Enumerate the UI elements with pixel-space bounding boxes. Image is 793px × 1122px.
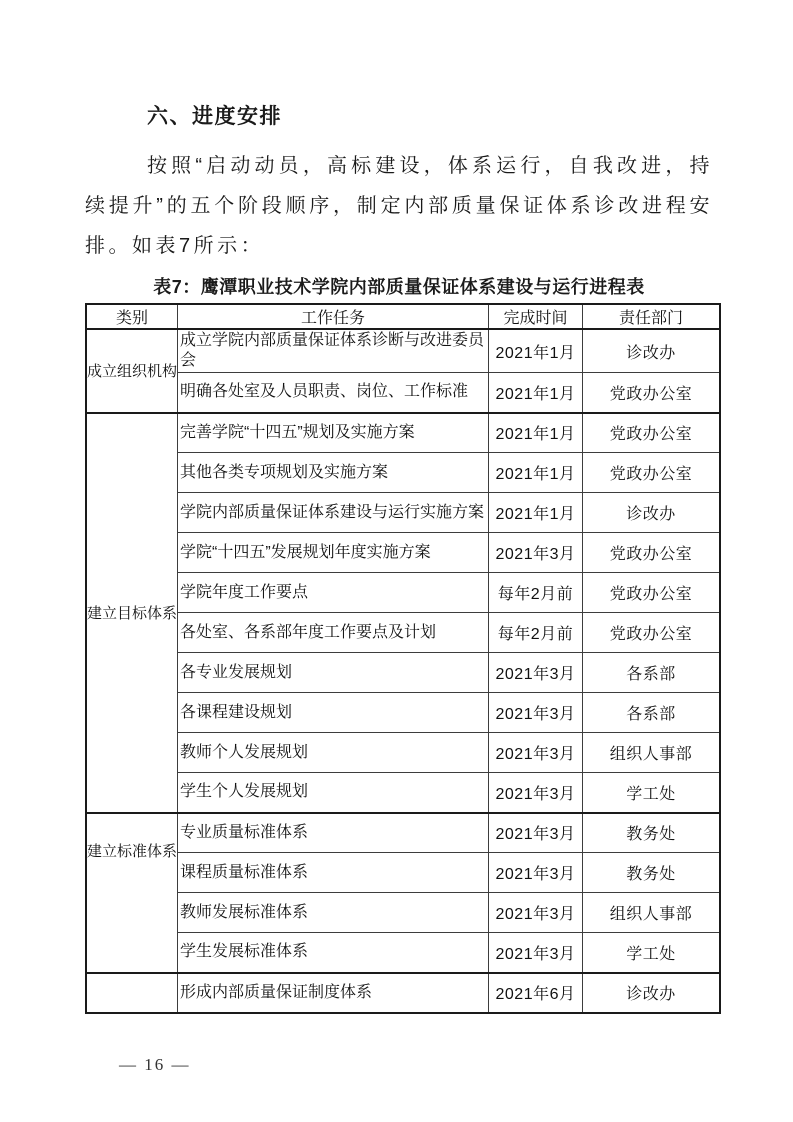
category-cell: 成立组织机构 [86, 329, 178, 413]
time-cell: 2021年1月 [489, 373, 583, 413]
time-cell: 2021年3月 [489, 893, 583, 933]
dept-cell: 党政办公室 [583, 453, 721, 493]
dept-cell: 教务处 [583, 813, 721, 853]
dept-cell: 党政办公室 [583, 573, 721, 613]
table-row: 学院年度工作要点每年2月前党政办公室 [86, 573, 720, 613]
dept-cell: 组织人事部 [583, 733, 721, 773]
page-number: — 16 — [119, 1055, 191, 1075]
schedule-table: 类别 工作任务 完成时间 责任部门 成立组织机构成立学院内部质量保证体系诊断与改… [85, 303, 721, 1014]
time-cell: 2021年3月 [489, 653, 583, 693]
dept-cell: 诊改办 [583, 973, 721, 1013]
table-row: 各处室、各系部年度工作要点及计划每年2月前党政办公室 [86, 613, 720, 653]
category-cell [86, 973, 178, 1013]
table-caption: 表7：鹰潭职业技术学院内部质量保证体系建设与运行进程表 [85, 273, 713, 299]
header-time: 完成时间 [489, 304, 583, 329]
task-cell: 其他各类专项规划及实施方案 [178, 453, 489, 493]
task-cell: 学院内部质量保证体系建设与运行实施方案 [178, 493, 489, 533]
time-cell: 2021年3月 [489, 813, 583, 853]
dept-cell: 党政办公室 [583, 373, 721, 413]
task-cell: 形成内部质量保证制度体系 [178, 973, 489, 1013]
table-row: 形成内部质量保证制度体系2021年6月诊改办 [86, 973, 720, 1013]
table-row: 建立标准体系专业质量标准体系2021年3月教务处 [86, 813, 720, 853]
dept-cell: 各系部 [583, 653, 721, 693]
task-cell: 完善学院“十四五”规划及实施方案 [178, 413, 489, 453]
dept-cell: 党政办公室 [583, 533, 721, 573]
dept-cell: 诊改办 [583, 329, 721, 373]
dept-cell: 教务处 [583, 853, 721, 893]
section-heading: 六、进度安排 [147, 103, 714, 131]
task-cell: 学院“十四五”发展规划年度实施方案 [178, 533, 489, 573]
table-row: 各专业发展规划2021年3月各系部 [86, 653, 720, 693]
time-cell: 2021年6月 [489, 973, 583, 1013]
table-row: 其他各类专项规划及实施方案2021年1月党政办公室 [86, 453, 720, 493]
time-cell: 2021年3月 [489, 773, 583, 813]
document-page: 六、进度安排 按照“启动动员，高标建设，体系运行，自我改进，持续提升”的五个阶段… [0, 0, 793, 1122]
dept-cell: 诊改办 [583, 493, 721, 533]
table-row: 成立组织机构成立学院内部质量保证体系诊断与改进委员会2021年1月诊改办 [86, 329, 720, 373]
body-paragraph: 按照“启动动员，高标建设，体系运行，自我改进，持续提升”的五个阶段顺序，制定内部… [85, 146, 713, 266]
time-cell: 每年2月前 [489, 613, 583, 653]
table-body: 成立组织机构成立学院内部质量保证体系诊断与改进委员会2021年1月诊改办明确各处… [86, 329, 720, 1013]
task-cell: 成立学院内部质量保证体系诊断与改进委员会 [178, 329, 489, 373]
task-cell: 学生个人发展规划 [178, 773, 489, 813]
category-cell: 建立目标体系 [86, 413, 178, 813]
header-dept: 责任部门 [583, 304, 721, 329]
task-cell: 教师个人发展规划 [178, 733, 489, 773]
dept-cell: 学工处 [583, 773, 721, 813]
time-cell: 2021年1月 [489, 329, 583, 373]
dept-cell: 党政办公室 [583, 413, 721, 453]
task-cell: 专业质量标准体系 [178, 813, 489, 853]
table-row: 学生发展标准体系2021年3月学工处 [86, 933, 720, 973]
table-row: 明确各处室及人员职责、岗位、工作标准2021年1月党政办公室 [86, 373, 720, 413]
time-cell: 2021年1月 [489, 493, 583, 533]
table-row: 学院“十四五”发展规划年度实施方案2021年3月党政办公室 [86, 533, 720, 573]
dept-cell: 党政办公室 [583, 613, 721, 653]
table-header-row: 类别 工作任务 完成时间 责任部门 [86, 304, 720, 329]
table-row: 教师个人发展规划2021年3月组织人事部 [86, 733, 720, 773]
table-row: 各课程建设规划2021年3月各系部 [86, 693, 720, 733]
task-cell: 各专业发展规划 [178, 653, 489, 693]
dept-cell: 各系部 [583, 693, 721, 733]
table-row: 学院内部质量保证体系建设与运行实施方案2021年1月诊改办 [86, 493, 720, 533]
dept-cell: 学工处 [583, 933, 721, 973]
time-cell: 2021年3月 [489, 533, 583, 573]
table-row: 建立目标体系完善学院“十四五”规划及实施方案2021年1月党政办公室 [86, 413, 720, 453]
task-cell: 学院年度工作要点 [178, 573, 489, 613]
time-cell: 2021年1月 [489, 413, 583, 453]
header-task: 工作任务 [178, 304, 489, 329]
time-cell: 2021年1月 [489, 453, 583, 493]
task-cell: 学生发展标准体系 [178, 933, 489, 973]
task-cell: 各课程建设规划 [178, 693, 489, 733]
task-cell: 教师发展标准体系 [178, 893, 489, 933]
time-cell: 2021年3月 [489, 693, 583, 733]
category-cell: 建立标准体系 [86, 813, 178, 973]
table-row: 课程质量标准体系2021年3月教务处 [86, 853, 720, 893]
dept-cell: 组织人事部 [583, 893, 721, 933]
table-row: 学生个人发展规划2021年3月学工处 [86, 773, 720, 813]
time-cell: 2021年3月 [489, 933, 583, 973]
task-cell: 各处室、各系部年度工作要点及计划 [178, 613, 489, 653]
task-cell: 明确各处室及人员职责、岗位、工作标准 [178, 373, 489, 413]
task-cell: 课程质量标准体系 [178, 853, 489, 893]
time-cell: 每年2月前 [489, 573, 583, 613]
time-cell: 2021年3月 [489, 853, 583, 893]
time-cell: 2021年3月 [489, 733, 583, 773]
table-row: 教师发展标准体系2021年3月组织人事部 [86, 893, 720, 933]
header-category: 类别 [86, 304, 178, 329]
